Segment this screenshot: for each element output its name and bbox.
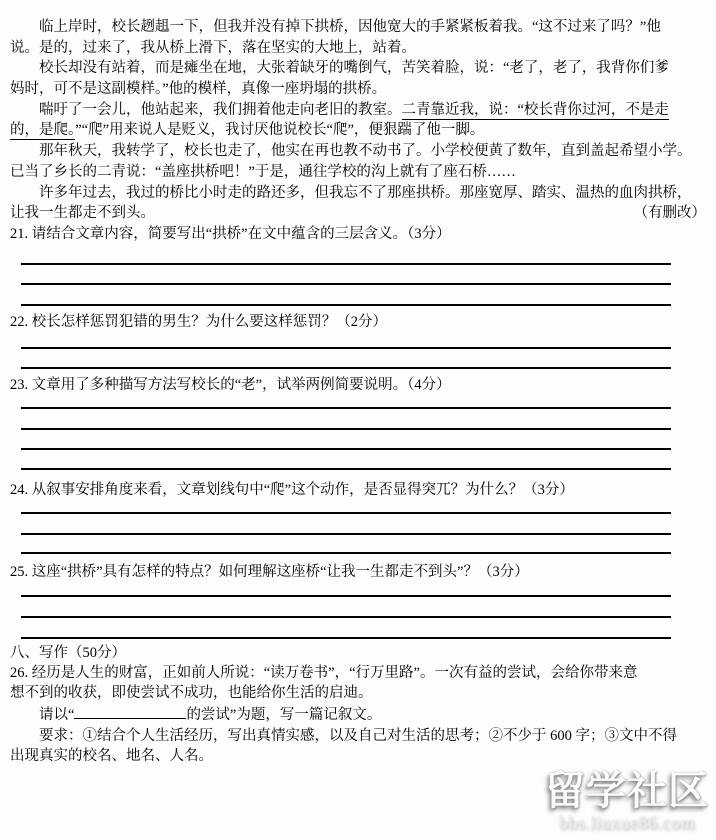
answer-line: [21, 283, 671, 285]
essay-title-blank: [74, 705, 186, 719]
passage-line-3: 校长却没有站着，而是瘫坐在地，大张着缺牙的嘴倒气，苦笑着脸，说：“老了，老了，我…: [10, 58, 716, 79]
question-text: 想不到的收获，即使尝试不成功，也能给你生活的启迪。: [10, 685, 373, 701]
watermark-logo-text: 留学社区: [541, 769, 713, 813]
passage-line-1: 临上岸时，校长趔趄一下，但我并没有掉下拱桥，因他宽大的手紧紧板着我。“这不过来了…: [10, 17, 716, 38]
question-22: 22. 校长怎样惩罚犯错的男生？为什么要这样惩罚？（2分）: [10, 312, 706, 333]
underlined-sentence: 二青靠近我，说：“校长背你过河，不是走: [402, 102, 669, 120]
section-title-text: 八、写作（50分）: [10, 645, 126, 661]
deletion-note: （有删改）: [634, 203, 707, 224]
passage-line-2: 说。是的，过来了，我从桥上滑下，落在坚实的大地上，站着。: [10, 38, 706, 59]
writing-section-title: 八、写作（50分）: [10, 643, 706, 664]
question-text: 24. 从叙事安排角度来看，文章划线句中“爬”这个动作，是否显得突兀？为什么？（…: [10, 482, 574, 498]
passage-line-8: 已当了乡长的二青说：“盖座拱桥吧！”于是，通往学校的沟上就有了座石桥……: [10, 162, 706, 183]
answer-line: [21, 533, 671, 535]
answer-line: [21, 407, 671, 409]
passage-text: 已当了乡长的二青说：“盖座拱桥吧！”于是，通往学校的沟上就有了座石桥……: [10, 164, 516, 180]
answer-line: [21, 512, 671, 514]
passage-line-7: 那年秋天，我转学了，校长也走了，他实在再也教不动书了。小学校便黄了数年，直到盖起…: [10, 141, 716, 162]
passage-text: 说。是的，过来了，我从桥上滑下，落在坚实的大地上，站着。: [10, 40, 416, 56]
passage-text: 那年秋天，我转学了，校长也走了，他实在再也教不动书了。小学校便黄了数年，直到盖起…: [39, 143, 692, 159]
answer-line: [21, 448, 671, 450]
requirements-line-1: 要求：①结合个人生活经历，写出真情实感，以及自己对生活的思考；②不少于 600 …: [10, 726, 716, 747]
passage-text: 许多年过去，我过的桥比小时走的路还多，但我忘不了那座拱桥。那座宽厚、踏实、温热的…: [39, 185, 692, 201]
question-text: 26. 经历是人生的财富，正如前人所说：“读万卷书”，“行万里路”。一次有益的尝…: [10, 665, 638, 681]
essay-title-pre: 请以“: [39, 707, 74, 723]
answer-line: [21, 304, 671, 306]
requirements-line-2: 出现真实的校名、地名、人名。: [10, 746, 706, 767]
requirements-text: 出现真实的校名、地名、人名。: [10, 748, 213, 764]
passage-text: 临上岸时，校长趔趄一下，但我并没有掉下拱桥，因他宽大的手紧紧板着我。“这不过来了…: [39, 19, 661, 35]
passage-text: 妈时，可不是这副模样。”他的模样，真像一座坍塌的拱桥。: [10, 81, 386, 97]
question-21: 21. 请结合文章内容，简要写出“拱桥”在文中蕴含的三层含义。（3分）: [10, 224, 706, 245]
answer-line: [21, 595, 671, 597]
question-text: 25. 这座“拱桥”具有怎样的特点？如何理解这座桥“让我一生都走不到头”？（3分…: [10, 564, 529, 580]
question-text: 23. 文章用了多种描写方法写校长的“老”，试举两例简要说明。（4分）: [10, 377, 451, 393]
underlined-sentence: 的，是爬。: [10, 122, 75, 140]
passage-text: 喘吁了一会儿，他站起来，我们拥着他走向老旧的教室。: [39, 102, 402, 118]
question-text: 22. 校长怎样惩罚犯错的男生？为什么要这样惩罚？（2分）: [10, 314, 387, 330]
exam-page: 临上岸时，校长趔趄一下，但我并没有掉下拱桥，因他宽大的手紧紧板着我。“这不过来了…: [0, 0, 716, 840]
passage-text: 让我一生都走不到头。: [10, 203, 155, 224]
passage-line-5: 喘吁了一会儿，他站起来，我们拥着他走向老旧的教室。二青靠近我，说：“校长背你过河…: [10, 100, 716, 121]
watermark: 留学社区 bbs.liuxue86.com: [541, 769, 713, 832]
answer-line: [21, 468, 671, 470]
passage-text: ”“爬”用来说人是贬义，我讨厌他说校长“爬”，便狠踹了他一脚。: [75, 122, 484, 138]
question-26-line-1: 26. 经历是人生的财富，正如前人所说：“读万卷书”，“行万里路”。一次有益的尝…: [10, 663, 706, 684]
passage-line-4: 妈时，可不是这副模样。”他的模样，真像一座坍塌的拱桥。: [10, 79, 706, 100]
watermark-url: bbs.liuxue86.com: [541, 813, 713, 832]
answer-line: [21, 347, 671, 349]
answer-line: [21, 637, 671, 639]
passage-text: 校长却没有站着，而是瘫坐在地，大张着缺牙的嘴倒气，苦笑着脸，说：“老了，老了，我…: [39, 60, 669, 76]
answer-line: [21, 616, 671, 618]
passage-line-10: 让我一生都走不到头。（有删改）: [10, 203, 706, 224]
answer-line: [21, 552, 671, 554]
answer-line: [21, 263, 671, 265]
answer-line: [21, 367, 671, 369]
question-25: 25. 这座“拱桥”具有怎样的特点？如何理解这座桥“让我一生都走不到头”？（3分…: [10, 562, 706, 583]
question-23: 23. 文章用了多种描写方法写校长的“老”，试举两例简要说明。（4分）: [10, 375, 706, 396]
essay-title-post: 的尝试”为题，写一篇记叙文。: [186, 707, 381, 723]
requirements-text: 要求：①结合个人生活经历，写出真情实感，以及自己对生活的思考；②不少于 600 …: [39, 728, 677, 744]
passage-line-6: 的，是爬。”“爬”用来说人是贬义，我讨厌他说校长“爬”，便狠踹了他一脚。: [10, 120, 706, 141]
question-text: 21. 请结合文章内容，简要写出“拱桥”在文中蕴含的三层含义。（3分）: [10, 226, 451, 242]
question-26-line-2: 想不到的收获，即使尝试不成功，也能给你生活的启迪。: [10, 683, 706, 704]
passage-line-9: 许多年过去，我过的桥比小时走的路还多，但我忘不了那座拱桥。那座宽厚、踏实、温热的…: [10, 183, 716, 204]
question-24: 24. 从叙事安排角度来看，文章划线句中“爬”这个动作，是否显得突兀？为什么？（…: [10, 480, 706, 501]
essay-title-line: 请以“的尝试”为题，写一篇记叙文。: [10, 705, 716, 726]
answer-line: [21, 428, 671, 430]
